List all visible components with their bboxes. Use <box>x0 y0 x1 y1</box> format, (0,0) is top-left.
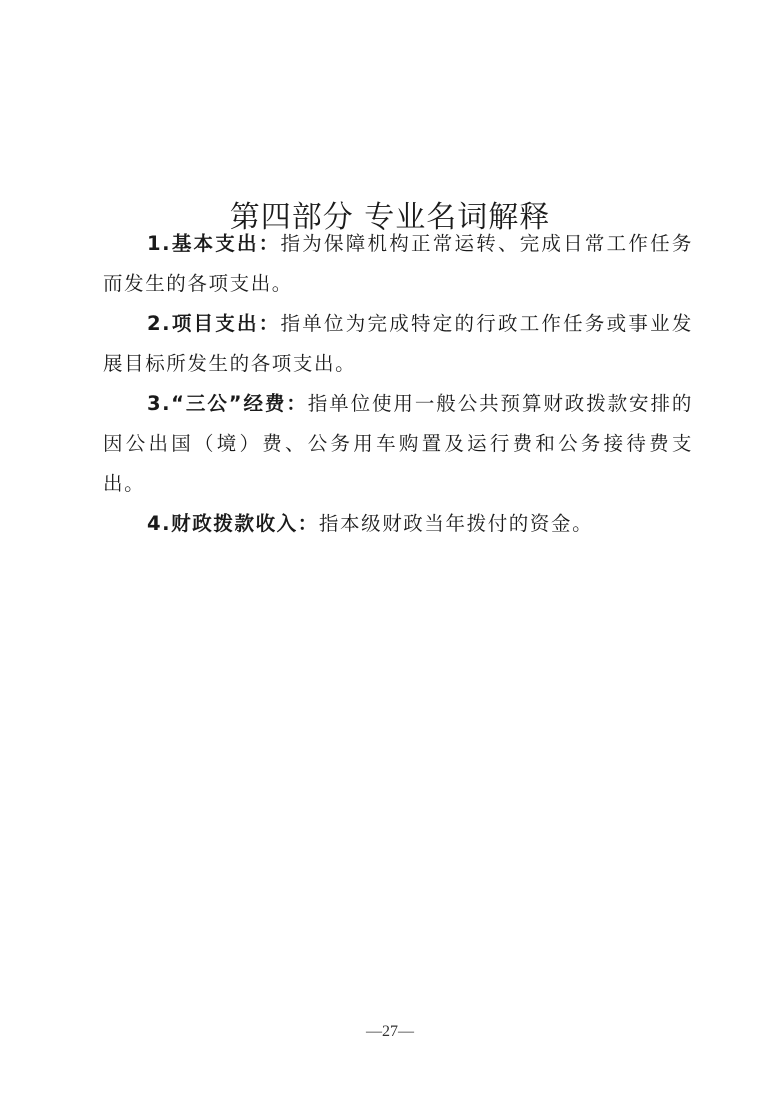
definitions-list: 1.基本支出：指为保障机构正常运转、完成日常工作任务而发生的各项支出。 2.项目… <box>103 224 693 544</box>
definition-term: 2.项目支出： <box>147 312 281 335</box>
document-page: 第四部分 专业名词解释 1.基本支出：指为保障机构正常运转、完成日常工作任务而发… <box>0 0 780 1103</box>
definition-term: 3.“三公”经费： <box>147 392 308 415</box>
definition-term: 4.财政拨款收入： <box>147 512 319 535</box>
definition-item: 1.基本支出：指为保障机构正常运转、完成日常工作任务而发生的各项支出。 <box>103 224 693 304</box>
definition-item: 2.项目支出：指单位为完成特定的行政工作任务或事业发展目标所发生的各项支出。 <box>103 304 693 384</box>
definition-item: 4.财政拨款收入：指本级财政当年拨付的资金。 <box>103 504 693 544</box>
definition-item: 3.“三公”经费：指单位使用一般公共预算财政拨款安排的因公出国（境）费、公务用车… <box>103 384 693 504</box>
definition-text: 指本级财政当年拨付的资金。 <box>319 512 593 535</box>
page-number: —27— <box>0 1022 780 1042</box>
definition-term: 1.基本支出： <box>147 232 281 255</box>
